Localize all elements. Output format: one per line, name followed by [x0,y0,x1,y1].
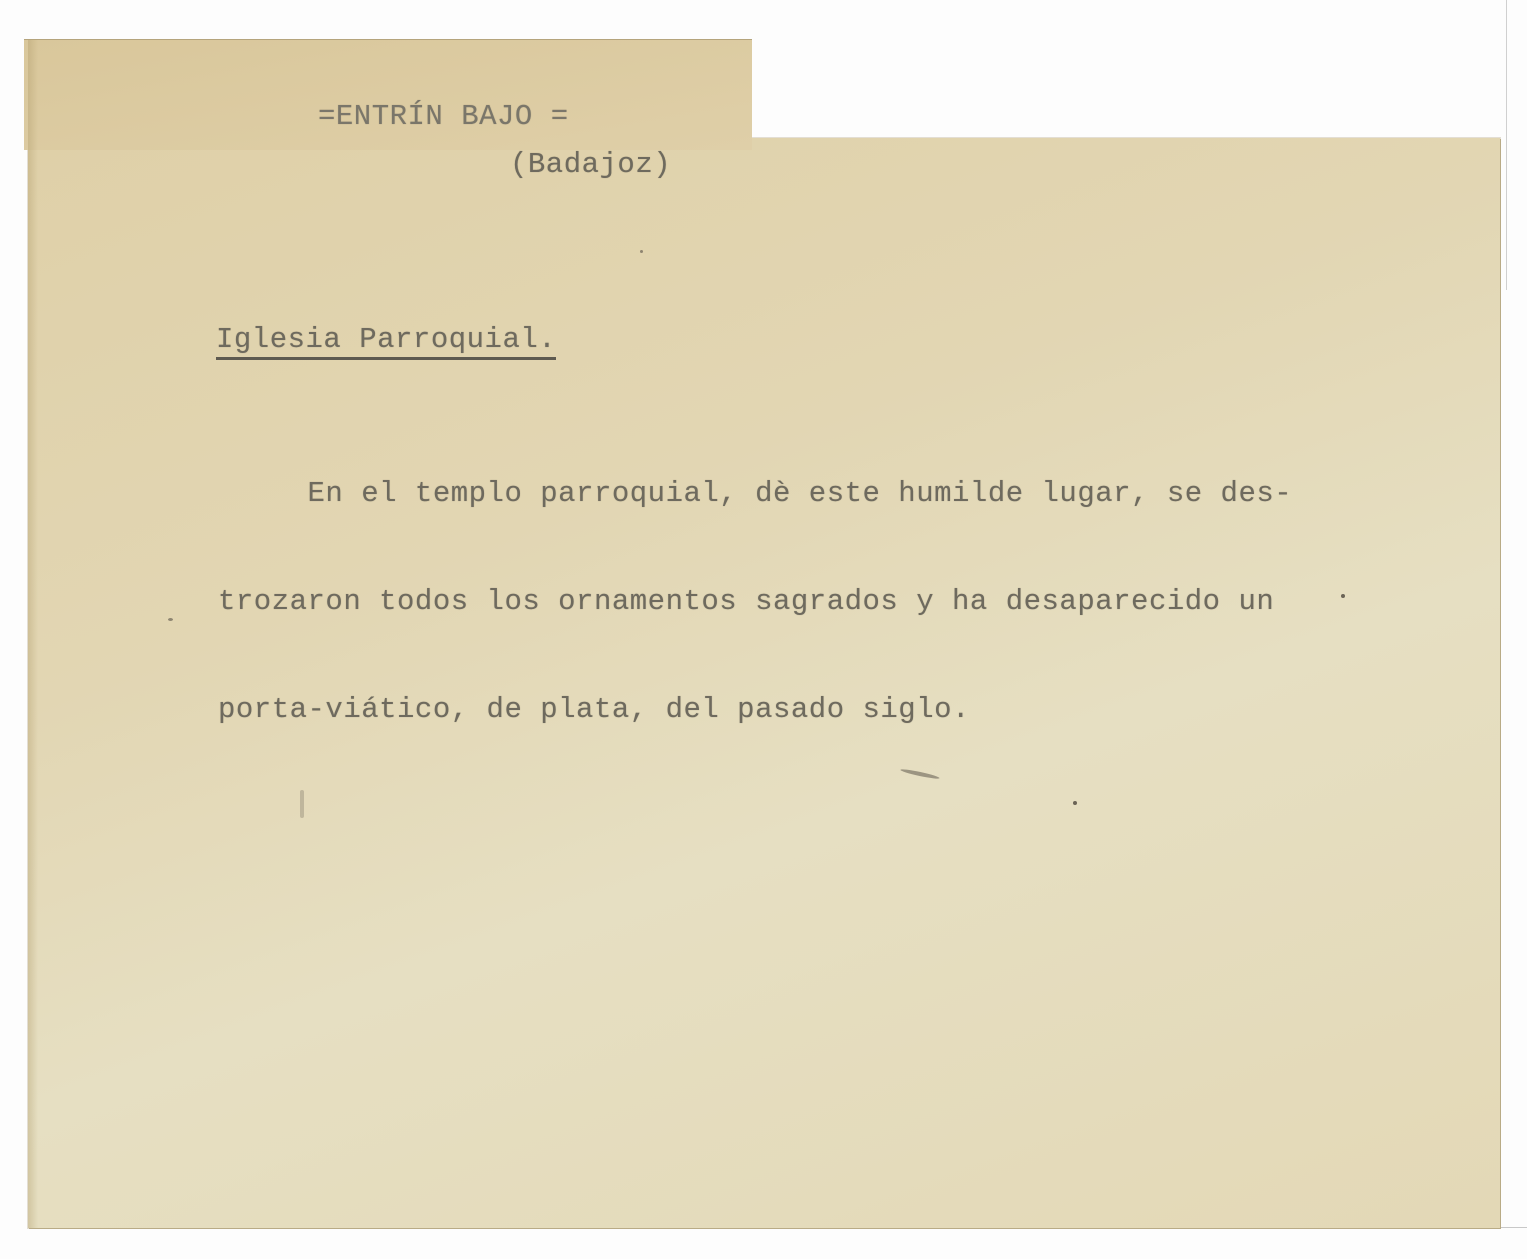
card-title: =ENTRÍN BAJO = [318,100,569,133]
paper-speck [640,250,643,253]
card-province: (Badajoz) [510,148,671,181]
paper-speck [300,790,304,818]
body-line: trozaron todos los ornamentos sagrados y… [218,584,1292,620]
body-line: porta-viático, de plata, del pasado sigl… [218,692,1292,728]
paper-speck [168,618,173,621]
body-line: En el templo parroquial, dè este humilde… [218,476,1292,512]
scanned-card-page: =ENTRÍN BAJO = (Badajoz) Iglesia Parroqu… [0,0,1527,1259]
crop-mark-right [1506,0,1507,290]
paper-speck [1341,594,1345,598]
paper-speck [1073,801,1077,805]
card-edge-shadow [28,40,38,1228]
section-heading: Iglesia Parroquial. [216,323,556,360]
index-card-tab [24,40,752,150]
body-paragraph: En el templo parroquial, dè este humilde… [218,404,1292,800]
